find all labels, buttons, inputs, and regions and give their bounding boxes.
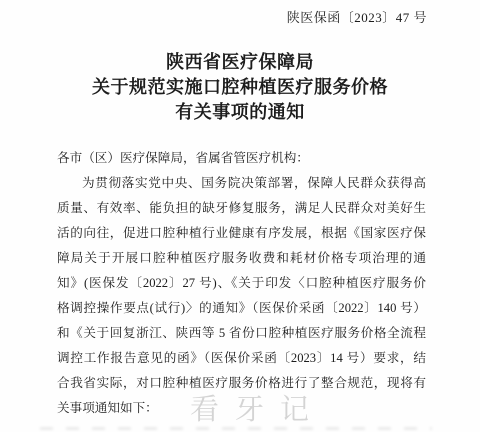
title-line-issuer: 陕西省医疗保障局: [0, 50, 480, 75]
title-line-subject: 关于规范实施口腔种植医疗服务价格: [0, 75, 480, 100]
document-title: 陕西省医疗保障局 关于规范实施口腔种植医疗服务价格 有关事项的通知: [0, 50, 480, 125]
body-line: 为贯彻落实党中央、国务院决策部署，保障人民群众获得高: [57, 171, 426, 196]
body-line: 格调控操作要点(试行)〉的通知》（医保价采函〔2022〕140 号）: [57, 296, 426, 321]
body-line: 活的向往，促进口腔种植行业健康有序发展，根据《国家医疗保: [57, 221, 426, 246]
salutation: 各市（区）医疗保障局，省属省管医疗机构：: [57, 146, 426, 171]
body-line: 障局关于开展口腔种植医疗服务收费和耗材价格专项治理的通: [57, 246, 426, 271]
body-line: 合我省实际，对口腔种植医疗服务价格进行了整合规范，现将有: [57, 371, 426, 396]
document-number: 陕医保函〔2023〕47 号: [287, 7, 427, 26]
body-line: 质量、有效率、能负担的缺牙修复服务，满足人民群众对美好生: [57, 196, 426, 221]
body-line: 和《关于回复浙江、陕西等 5 省份口腔种植医疗服务价格全流程: [57, 321, 426, 346]
document-page: 陕医保函〔2023〕47 号 陕西省医疗保障局 关于规范实施口腔种植医疗服务价格…: [0, 0, 480, 432]
title-line-notice: 有关事项的通知: [0, 100, 480, 125]
document-body: 各市（区）医疗保障局，省属省管医疗机构： 为贯彻落实党中央、国务院决策部署，保障…: [57, 146, 426, 421]
body-line: 调控工作报告意见的函》（医保价采函〔2023〕14 号）要求，结: [57, 346, 426, 371]
body-line: 知》(医保发〔2022〕27 号)、《关于印发〈口腔种植医疗服务价: [57, 271, 426, 296]
body-line-closing: 关事项通知如下：: [57, 396, 426, 421]
